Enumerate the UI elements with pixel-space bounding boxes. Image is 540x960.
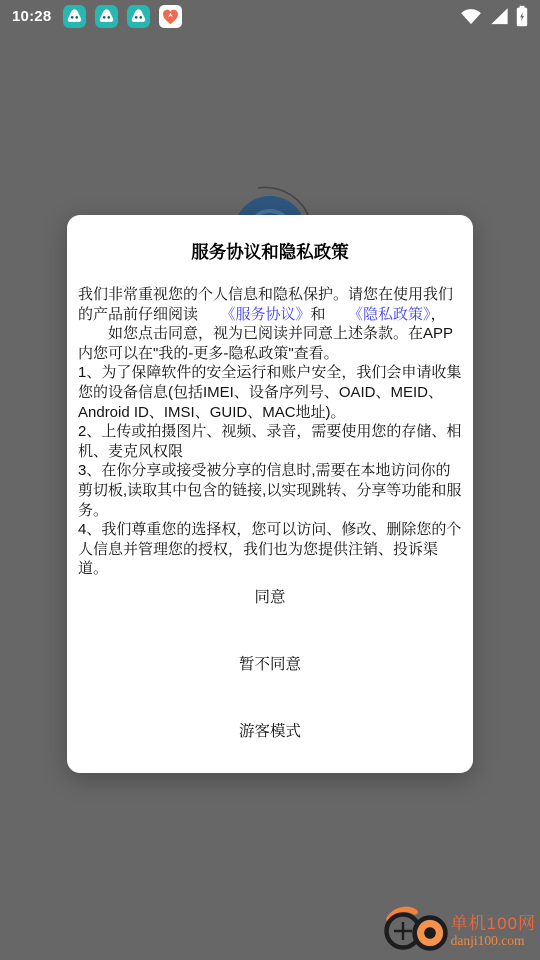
robot-app-icon [63, 5, 86, 28]
robot-app-icon [95, 5, 118, 28]
watermark-text: 单机100网 danji100.com [451, 914, 540, 949]
clock-time: 10:28 [12, 8, 51, 25]
body-text-segment: ， 如您点击同意，视为已阅读并同意上述条款。在APP内您可以在"我的-更多-隐私… [78, 306, 461, 578]
policy-link[interactable]: 《隐私政策》 [356, 306, 431, 323]
wifi-icon [460, 6, 482, 26]
policy-link[interactable]: 《服务协议》 [228, 306, 311, 323]
guest-mode-button[interactable]: 游客模式 [67, 717, 473, 747]
danji100-logo-icon [379, 903, 449, 960]
system-status-icons [460, 5, 528, 27]
watermark-site-name: 单机100网 [451, 914, 536, 933]
agree-button[interactable]: 同意 [67, 583, 473, 613]
status-bar: 10:28 [0, 0, 540, 32]
heart-hands-app-icon [159, 5, 182, 28]
site-watermark: 单机100网 danji100.com [379, 903, 540, 960]
dialog-title: 服务协议和隐私政策 [78, 240, 462, 264]
screen: 10:28 [0, 0, 540, 960]
battery-charging-icon [516, 5, 528, 27]
cellular-signal-icon [488, 6, 510, 26]
disagree-button[interactable]: 暂不同意 [67, 650, 473, 680]
body-text-segment: 和 [311, 306, 356, 323]
privacy-policy-dialog: 服务协议和隐私政策 我们非常重视您的个人信息和隐私保护。请您在使用我们的产品前仔… [67, 215, 473, 773]
notification-icons [63, 5, 182, 28]
robot-app-icon [127, 5, 150, 28]
watermark-site-url: danji100.com [451, 933, 536, 949]
dialog-body: 我们非常重视您的个人信息和隐私保护。请您在使用我们的产品前仔细阅读 《服务协议》… [78, 285, 462, 579]
